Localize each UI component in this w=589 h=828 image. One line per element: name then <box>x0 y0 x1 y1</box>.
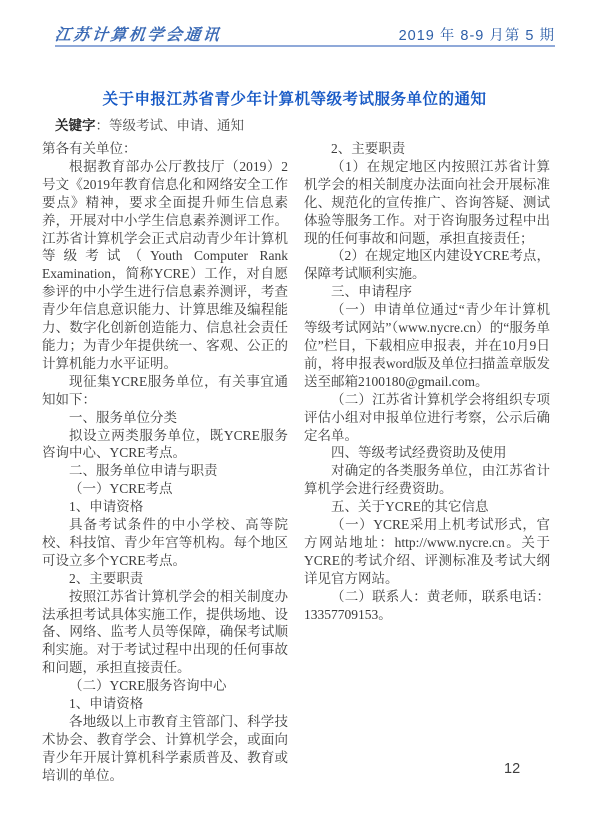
paragraph: 1、申请资格 <box>42 695 288 713</box>
paragraph: 对确定的各类服务单位，由江苏省计算机学会进行经费资助。 <box>304 462 550 498</box>
issue-label: 2019 年 8-9 月第 5 期 <box>399 24 555 45</box>
right-column: 2、主要职责（1）在规定地区内按照江苏省计算机学会的相关制度办法面向社会开展标准… <box>304 140 550 785</box>
paragraph: （一）YCRE考点 <box>42 480 288 498</box>
paragraph: 五、关于YCRE的其它信息 <box>304 498 550 516</box>
paragraph: （二）江苏省计算机学会将组织专项评估小组对申报单位进行考察，公示后确定名单。 <box>304 391 550 445</box>
paragraph: （二）YCRE服务咨询中心 <box>42 677 288 695</box>
paragraph: 各地级以上市教育主管部门、科学技术协会、教育学会、计算机学会，或面向青少年开展计… <box>42 713 288 785</box>
paragraph: 第各有关单位： <box>42 140 288 158</box>
article-title: 关于申报江苏省青少年计算机等级考试服务单位的通知 <box>0 87 589 109</box>
paragraph: 一、服务单位分类 <box>42 409 288 427</box>
page-header: 江苏计算机学会通讯 2019 年 8-9 月第 5 期 <box>55 20 555 45</box>
paragraph: （一）YCRE采用上机考试形式，官方网站地址：http://www.nycre.… <box>304 516 550 588</box>
keywords-text: ：等级考试、申请、通知 <box>96 118 245 133</box>
paragraph: 三、申请程序 <box>304 283 550 301</box>
paragraph: 现征集YCRE服务单位，有关事宜通知如下： <box>42 373 288 409</box>
paragraph: 按照江苏省计算机学会的相关制度办法承担考试具体实施工作，提供场地、设备、网络、监… <box>42 588 288 678</box>
paragraph: （一）申请单位通过“青少年计算机等级考试网站”（www.nycre.cn）的“服… <box>304 301 550 391</box>
paragraph: 四、等级考试经费资助及使用 <box>304 444 550 462</box>
paragraph: 二、服务单位申请与职责 <box>42 462 288 480</box>
header-divider <box>55 45 555 47</box>
paragraph: 2、主要职责 <box>42 570 288 588</box>
article-body: 第各有关单位：根据教育部办公厅教技厅（2019）2号文《2019年教育信息化和网… <box>42 140 550 785</box>
journal-logo: 江苏计算机学会通讯 <box>54 22 223 45</box>
paragraph: （二）联系人：黄老师，联系电话：13357709153。 <box>304 588 550 624</box>
keywords-label: 关键字 <box>55 118 96 133</box>
paragraph: 具备考试条件的中小学校、高等院校、科技馆、青少年宫等机构。每个地区可设立多个YC… <box>42 516 288 570</box>
paragraph: 拟设立两类服务单位，既YCRE服务咨询中心、YCRE考点。 <box>42 427 288 463</box>
paragraph: 2、主要职责 <box>304 140 550 158</box>
left-column: 第各有关单位：根据教育部办公厅教技厅（2019）2号文《2019年教育信息化和网… <box>42 140 288 785</box>
paragraph: 根据教育部办公厅教技厅（2019）2号文《2019年教育信息化和网络安全工作要点… <box>42 158 288 373</box>
paragraph: （2）在规定地区内建设YCRE考点，保障考试顺利实施。 <box>304 247 550 283</box>
paragraph: 1、申请资格 <box>42 498 288 516</box>
paragraph: （1）在规定地区内按照江苏省计算机学会的相关制度办法面向社会开展标准化、规范化的… <box>304 158 550 248</box>
document-page: 江苏计算机学会通讯 2019 年 8-9 月第 5 期 关于申报江苏省青少年计算… <box>0 0 589 828</box>
page-number: 12 <box>504 761 520 777</box>
keywords-line: 关键字：等级考试、申请、通知 <box>55 114 244 134</box>
